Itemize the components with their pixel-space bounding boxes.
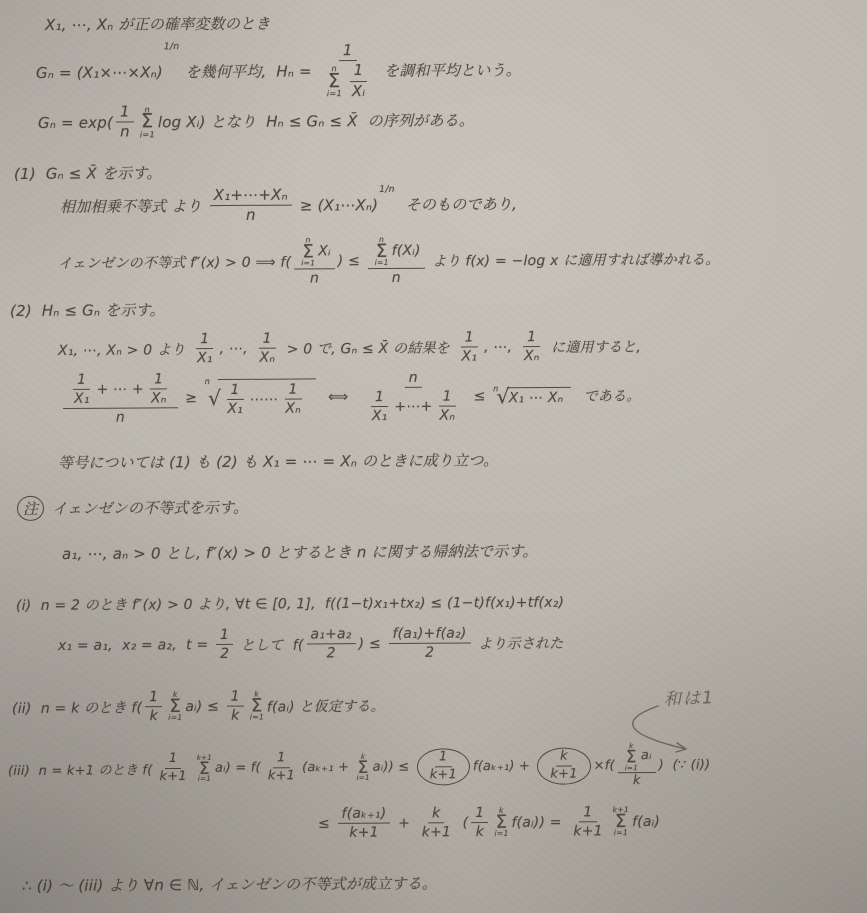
handwritten-line-6: イェンゼンの不等式 f″(x) > 0 ⟹ f(nΣi=1Xᵢn) ≤ nΣi=… [58, 234, 720, 288]
handwritten-line-1: X₁, ⋯, Xₙ が正の確率変数のとき [45, 13, 271, 35]
handwritten-line-18: ∴ (i) 〜 (iii) より ∀n ∈ ℕ, イェンゼンの不等式が成立する。 [22, 872, 437, 896]
handwritten-line-15: (ii) n = k のとき f(1kkΣi=1aᵢ) ≤ 1kkΣi=1f(a… [12, 688, 385, 725]
handwritten-line-5: 相加相乗不等式 より X₁+⋯+Xₙn ≥ (X₁⋯Xₙ)1/n そのものであり… [60, 185, 517, 225]
sigma-symbol: kΣi=1 [494, 807, 508, 838]
circled-term: 1k+1 [417, 748, 471, 785]
nth-root: n√X₁ ⋯ Xₙ [493, 386, 571, 407]
nth-root: n√1X₁⋯⋯1Xₙ [205, 378, 316, 417]
sigma-symbol: kΣi=1 [356, 753, 369, 782]
handwritten-line-12: a₁, ⋯, aₙ > 0 とし, f″(x) > 0 とするとき n に関する… [62, 540, 538, 564]
sigma-symbol: nΣi=1 [140, 106, 155, 139]
sigma-symbol: nΣi=1 [374, 236, 388, 267]
sigma-symbol: kΣi=1 [168, 691, 182, 722]
sigma-symbol: k+1Σi=1 [197, 754, 212, 783]
sigma-symbol: nΣi=1 [327, 65, 342, 98]
handwritten-line-7: (2) Hₙ ≤ Gₙ を示す。 [10, 299, 165, 321]
sigma-symbol: kΣi=1 [625, 742, 638, 771]
annotation-text: 和は1 [664, 688, 715, 710]
handwritten-line-3: Gₙ = exp(1nnΣi=1log Xᵢ) となり Hₙ ≤ Gₙ ≤ X̄… [38, 101, 474, 141]
notebook-page: X₁, ⋯, Xₙ が正の確率変数のときGₙ = (X₁×⋯×Xₙ)1/n を幾… [0, 0, 867, 913]
handwritten-line-13: (i) n = 2 のとき f″(x) > 0 より, ∀t ∈ [0, 1],… [16, 592, 564, 615]
handwritten-line-9: 1X₁+ ⋯ +1Xₙn ≥ n√1X₁⋯⋯1Xₙ ⟺ n1X₁+⋯+1Xₙ ≤… [60, 368, 641, 426]
circled-term: 注 [17, 496, 44, 521]
handwritten-line-16: (iii) n = k+1 のとき f(1k+1k+1Σi=1aᵢ) = f(1… [8, 742, 711, 793]
handwritten-line-11: 注 イェンゼンの不等式を示す。 [14, 495, 248, 521]
sigma-symbol: k+1Σi=1 [613, 806, 630, 837]
handwritten-line-4: (1) Gₙ ≤ X̄ を示す。 [14, 162, 162, 184]
handwritten-line-14: x₁ = a₁, x₂ = a₂, t = 12 として f(a₁+a₂2) ≤… [58, 625, 564, 663]
handwritten-line-17: ≤ f(aₖ₊₁)k+1 + kk+1 (1kkΣi=1f(aᵢ)) = 1k+… [318, 804, 660, 841]
sigma-symbol: kΣi=1 [250, 691, 264, 722]
sigma-symbol: nΣi=1 [301, 236, 315, 267]
handwritten-line-2: Gₙ = (X₁×⋯×Xₙ)1/n を幾何平均, Hₙ = 1nΣi=11Xᵢ … [36, 41, 521, 102]
circled-term: kk+1 [537, 747, 591, 784]
handwritten-line-8: X₁, ⋯, Xₙ > 0 より 1X₁, ⋯, 1Xₙ > 0 で, Gₙ ≤… [58, 328, 641, 367]
handwritten-line-10: 等号については (1) も (2) も X₁ = ⋯ = Xₙ のときに成り立つ… [58, 449, 498, 473]
margin-annotation: 和は1 [664, 683, 716, 710]
